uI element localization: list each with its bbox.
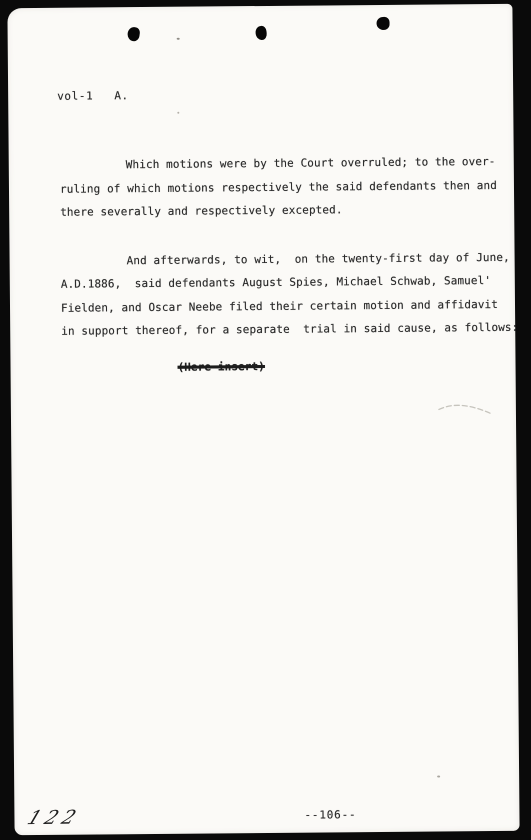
volume-header: vol-1A. — [57, 89, 129, 103]
paragraph-motions-overruled: Which motions were by the Court overrule… — [60, 150, 513, 224]
scan-background: { "document": { "header": { "volume_labe… — [0, 0, 531, 840]
scan-speck — [177, 38, 180, 40]
handwritten-page-number: 122 — [24, 807, 84, 830]
hole-punch-dot — [127, 26, 141, 41]
scan-speck — [437, 775, 440, 777]
text-line: A.D.1886, said defendants August Spies, … — [61, 269, 513, 296]
document-body: Which motions were by the Court overrule… — [60, 150, 514, 380]
struck-out-text: (Here insert) — [177, 359, 265, 373]
text-line: ruling of which motions respectively the… — [60, 173, 512, 200]
section-label: A. — [114, 89, 129, 102]
volume-label: vol-1 — [57, 89, 93, 102]
text-line: there severally and respectively excepte… — [60, 197, 512, 224]
struck-out-annotation: (Here insert) — [61, 352, 513, 379]
text-line: Which motions were by the Court overrule… — [60, 150, 512, 177]
hole-punch-dot — [255, 25, 268, 40]
scan-speck — [177, 112, 179, 114]
typed-page-number: --106-- — [304, 808, 356, 821]
text-line: in support thereof, for a separate trial… — [61, 316, 513, 343]
hole-punch-dot — [376, 17, 389, 30]
pencil-smudge-mark — [436, 400, 498, 421]
paragraph-separate-trial-motion: And afterwards, to wit, on the twenty-fi… — [61, 245, 514, 343]
document-page: vol-1A. Which motions were by the Court … — [7, 4, 519, 835]
